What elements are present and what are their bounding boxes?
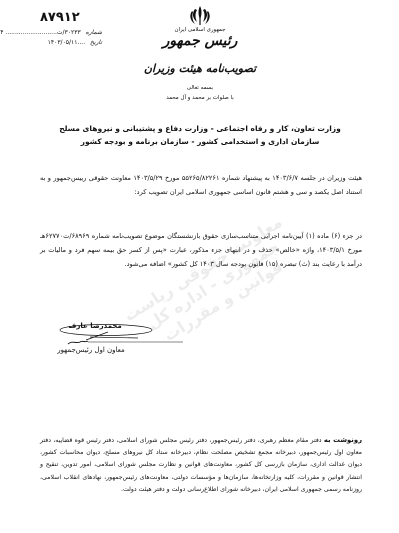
copies-label: رونوشت به <box>324 436 362 444</box>
number-value: ۳۰۲۳۳/ت........................... <box>5 29 80 36</box>
salawat: با صلوات بر محمد و آل محمد <box>130 95 270 101</box>
signatory-name: محمدرضا عارف <box>60 322 130 330</box>
number-row: شماره ۳۰۲۳۳/ت...........................… <box>2 29 102 36</box>
date-row: تاریخ ....۱۴۰۳/۰۵/۱۱ <box>2 39 102 46</box>
bismillah: بسمه تعالی <box>150 85 250 91</box>
president-title: رئیس جمهور <box>150 33 250 49</box>
copies-list: رونوشت به دفتر مقام معظم رهبری، دفتر رئی… <box>40 434 362 496</box>
document-title: تصویب‌نامه هیئت وزیران <box>130 62 270 75</box>
number-label: شماره <box>86 29 102 36</box>
document-number: ۸۷۹۱۲ <box>40 10 80 25</box>
addressee-line-1: وزارت تعاون، کار و رفاه اجتماعی - وزارت … <box>30 124 370 133</box>
copies-text: دفتر مقام معظم رهبری، دفتر رئیس‌جمهور، د… <box>40 437 362 493</box>
date-value: ....۱۴۰۳/۰۵/۱۱ <box>48 39 85 46</box>
addressee-line-2: سازمان اداری و استخدامی کشور - سازمان بر… <box>30 137 370 146</box>
iran-emblem-icon <box>189 4 211 26</box>
date-label: تاریخ <box>90 39 102 46</box>
number-suffix: ۶۴هـ <box>0 29 3 36</box>
signatory-title: معاون اول رئیس‌جمهور <box>46 346 136 354</box>
decree-document: ۸۷۹۱۲ شماره ۳۰۲۳۳/ت.....................… <box>0 0 399 533</box>
decree-paragraph-1: هیئت وزیران در جلسه ۱۴۰۳/۶/۷ به پیشنهاد … <box>40 171 362 199</box>
decree-paragraph-2: در جزء (۶) ماده (۱) آیین‌نامه اجرایی متن… <box>40 229 362 271</box>
